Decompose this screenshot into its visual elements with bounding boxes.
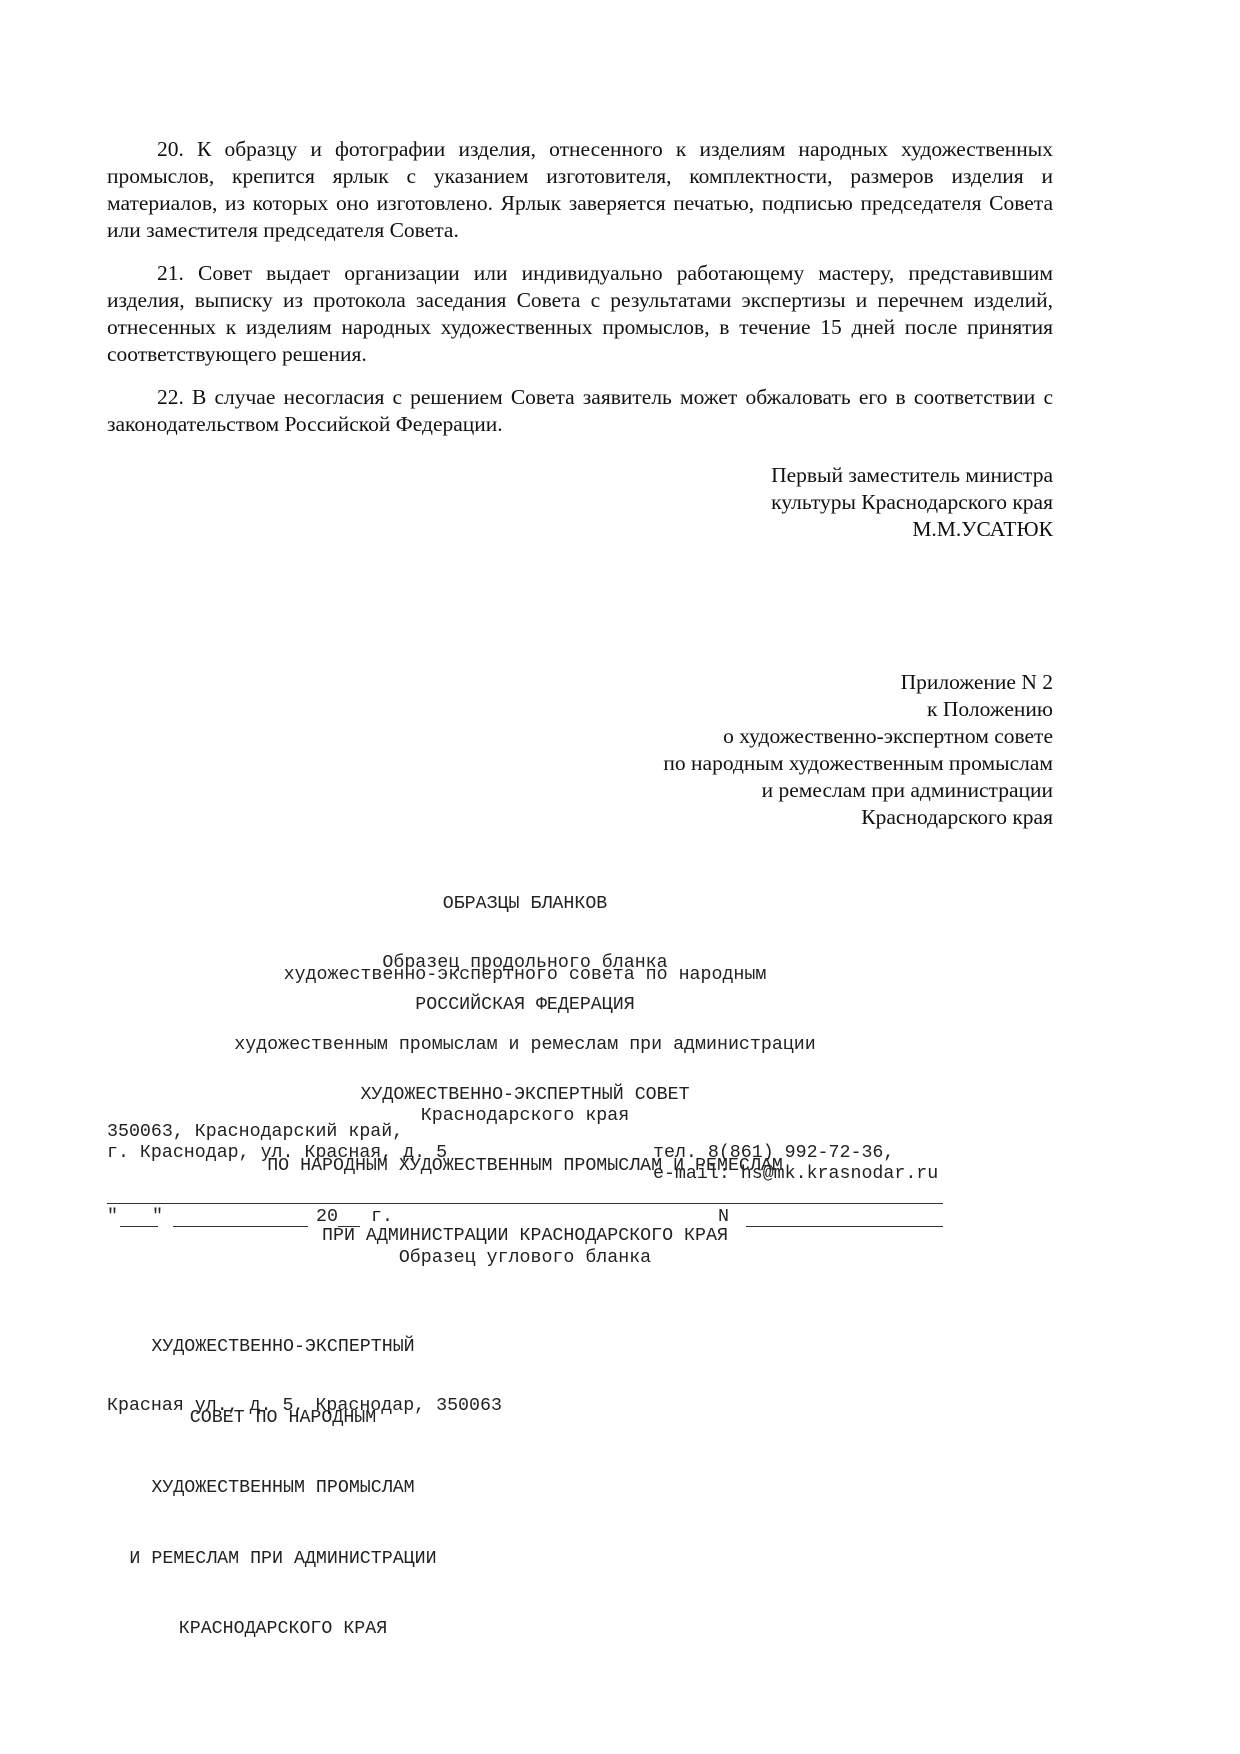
appendix-line: Краснодарского края [663, 804, 1053, 831]
appendix-line: по народным художественным промыслам [663, 750, 1053, 777]
longitudinal-form-caption: Образец продольного бланка [107, 952, 943, 976]
org-line: ХУДОЖЕСТВЕННО-ЭКСПЕРТНЫЙ СОВЕТ [107, 1084, 943, 1108]
date-open-quote: " [107, 1206, 118, 1230]
paragraph-21: 21. Совет выдает организации или индивид… [107, 260, 1053, 368]
appendix-line: к Положению [663, 696, 1053, 723]
org-line: КРАСНОДАРСКОГО КРАЯ [107, 1618, 459, 1642]
appendix-line: о художественно-экспертном совете [663, 723, 1053, 750]
appendix-line: и ремеслам при администрации [663, 777, 1053, 804]
year-suffix: г. [371, 1206, 393, 1230]
org-line: ХУДОЖЕСТВЕННО-ЭКСПЕРТНЫЙ [107, 1336, 459, 1360]
corner-org-name: ХУДОЖЕСТВЕННО-ЭКСПЕРТНЫЙ СОВЕТ ПО НАРОДН… [107, 1289, 459, 1665]
date-close-quote: " [152, 1206, 163, 1230]
number-blank [746, 1226, 943, 1227]
email: e-mail: hs@mk.krasnodar.ru [653, 1163, 938, 1187]
appendix-header: Приложение N 2 к Положению о художествен… [663, 669, 1053, 831]
signature-position: Первый заместитель министра [771, 462, 1053, 489]
org-line: ПРИ АДМИНИСТРАЦИИ КРАСНОДАРСКОГО КРАЯ [107, 1225, 943, 1249]
phone: тел. 8(861) 992-72-36, [653, 1142, 894, 1166]
number-label: N [718, 1206, 729, 1230]
address-line-2: г. Краснодар, ул. Красная, д. 5 [107, 1142, 447, 1166]
year-blank [338, 1226, 360, 1227]
year-prefix: 20 [316, 1206, 338, 1230]
form-divider [107, 1203, 943, 1204]
month-blank [173, 1226, 308, 1227]
org-line: И РЕМЕСЛАМ ПРИ АДМИНИСТРАЦИИ [107, 1548, 459, 1572]
corner-address: Красная ул., д. 5, Краснодар, 350063 [107, 1395, 502, 1419]
country-name: РОССИЙСКАЯ ФЕДЕРАЦИЯ [107, 994, 943, 1018]
signature-ministry: культуры Краснодарского края [771, 489, 1053, 516]
corner-form-caption: Образец углового бланка [107, 1247, 943, 1271]
signature-block: Первый заместитель министра культуры Кра… [771, 462, 1053, 543]
address-line-1: 350063, Краснодарский край, [107, 1121, 403, 1145]
org-line: ХУДОЖЕСТВЕННЫМ ПРОМЫСЛАМ [107, 1477, 459, 1501]
paragraph-20: 20. К образцу и фотографии изделия, отне… [107, 136, 1053, 244]
appendix-title: Приложение N 2 [663, 669, 1053, 696]
signature-name: М.М.УСАТЮК [771, 516, 1053, 543]
samples-heading: ОБРАЗЦЫ БЛАНКОВ [107, 893, 943, 917]
paragraph-22: 22. В случае несогласия с решением Совет… [107, 384, 1053, 438]
